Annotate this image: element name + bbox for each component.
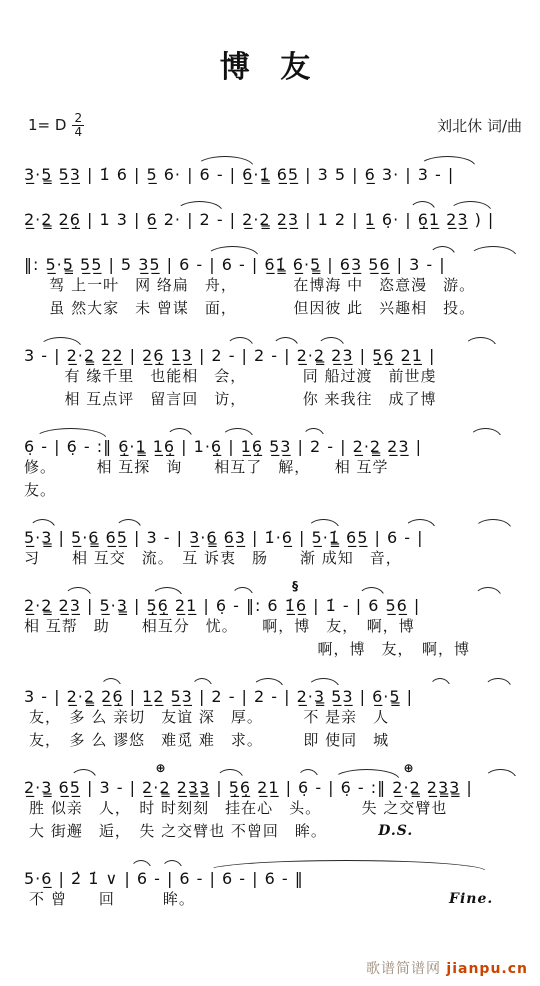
lyric-row: 友。 bbox=[24, 479, 530, 502]
segno-mark: § bbox=[292, 579, 298, 593]
score-line-8: 3 - | 2̲·2̳ 2̲6̣̲ | 1̲2̲ 5̲3̲ | 2 - | 2 … bbox=[24, 674, 530, 752]
notes-text: 6̣ - | 6̣ - :‖ 6̣̲·1̳ 1̲6̣̲ | 1·6̣̲ | 1̲… bbox=[24, 437, 422, 456]
notes-row: 6̣ - | 6̣ - :‖ 6̣̲·1̳ 1̲6̣̲ | 1·6̣̲ | 1̲… bbox=[24, 424, 530, 456]
score-line-5: 6̣ - | 6̣ - :‖ 6̣̲·1̳ 1̲6̣̲ | 1·6̣̲ | 1̲… bbox=[24, 424, 530, 502]
lyric-row: 大 街邂 逅， 失 之交臂也 不曾回 眸。D.S. bbox=[24, 820, 530, 843]
notes-row: 5·6̲ | 2̇ 1̇ ∨ | 6 - | 6 - | 6 - | 6 - ‖ bbox=[24, 856, 530, 888]
key-signature: 1= D 2 4 bbox=[28, 112, 84, 138]
lyric-row: 有 缘千里 也能相 会， 同 船过渡 前世虔 bbox=[24, 365, 530, 388]
score-line-2: 2̲·2̳ 2̲6̣̲ | 1 3 | 6̲ 2· | 2 - | 2̲·2̳ … bbox=[24, 197, 530, 229]
lyric-row: 不 曾 回 眸。Fine. bbox=[24, 888, 530, 911]
coda-mark: ⊕ bbox=[404, 761, 414, 775]
notes-row: 2̲·2̳ 2̲6̣̲ | 1 3 | 6̲ 2· | 2 - | 2̲·2̳ … bbox=[24, 197, 530, 229]
slur-arc bbox=[469, 428, 501, 439]
score-line-7: 2̲·2̳ 2̲3̲ | 5̲·3̳ | 5̣̲6̣̲ 2̲1̲ | 6̣ - … bbox=[24, 583, 530, 661]
lyric-row: 友， 多 么 谬悠 难觅 难 求。 即 使同 城 bbox=[24, 729, 530, 752]
watermark-site-name: 歌谱简谱网 bbox=[366, 961, 441, 977]
slur-arc bbox=[474, 587, 501, 598]
lyric-row: 虽 然大家 未 曾谋 面， 但因彼 此 兴趣相 投。 bbox=[24, 297, 530, 320]
slur-arc bbox=[429, 678, 451, 689]
notes-text: 2̲·2̳ 2̲6̣̲ | 1 3 | 6̲ 2· | 2 - | 2̲·2̳ … bbox=[24, 210, 494, 229]
notes-text: ‖: 5̲·5̳ 5̲5̲ | 5 3̲5̲ | 6 - | 6 - | 6̲1… bbox=[24, 255, 446, 274]
time-denominator: 4 bbox=[74, 126, 82, 139]
slur-arc bbox=[484, 769, 516, 780]
notes-text: 2̲·3̳ 6̲5̲ | 3 - | 2̲·2̳ 2̲3̳3̳ | 5̣̲6̣̲… bbox=[24, 778, 473, 797]
time-numerator: 2 bbox=[72, 112, 84, 126]
lyric-row: 相 互帮 助 相互分 忧。 啊，博 友， 啊，博 bbox=[24, 615, 530, 638]
lyric-row: 驾 上一叶 网 络扁 舟， 在博海 中 恣意漫 游。 bbox=[24, 274, 530, 297]
notes-row: 3̲·5̳ 5̲3̲ | 1̇ 6 | 5̲ 6· | 6 - | 6̲·1̳̇… bbox=[24, 152, 530, 184]
time-signature: 2 4 bbox=[72, 112, 84, 138]
lyric-row: 相 互点评 留言回 访， 你 来我往 成了博 bbox=[24, 388, 530, 411]
notes-row: 5̲·3̳ | 5̲·6̳ 6̲5̲ | 3 - | 3̲·6̳ 6̲3̲ | … bbox=[24, 515, 530, 547]
notes-text: 3̲·5̳ 5̲3̲ | 1̇ 6 | 5̲ 6· | 6 - | 6̲·1̳̇… bbox=[24, 165, 454, 184]
notes-text: 3 - | 2̲·2̳ 2̲6̣̲ | 1̲2̲ 5̲3̲ | 2 - | 2 … bbox=[24, 687, 413, 706]
score-line-6: 5̲·3̳ | 5̲·6̳ 6̲5̲ | 3 - | 3̲·6̳ 6̲3̲ | … bbox=[24, 515, 530, 570]
score-line-3: ‖: 5̲·5̳ 5̲5̲ | 5 3̲5̲ | 6 - | 6 - | 6̲1… bbox=[24, 242, 530, 320]
score-line-4: 3 - | 2̲·2̳ 2̲2̲ | 2̲6̣̲ 1̲3̲ | 2 - | 2 … bbox=[24, 333, 530, 411]
notes-row: 2̲·3̳ 6̲5̲ | 3 - | 2̲·2̳ 2̲3̳3̳ | 5̣̲6̣̲… bbox=[24, 765, 530, 797]
score-line-9: 2̲·3̳ 6̲5̲ | 3 - | 2̲·2̳ 2̲3̳3̳ | 5̣̲6̣̲… bbox=[24, 765, 530, 843]
notes-row: 3 - | 2̲·2̳ 2̲6̣̲ | 1̲2̲ 5̲3̲ | 2 - | 2 … bbox=[24, 674, 530, 706]
score: 3̲·5̳ 5̲3̲ | 1̇ 6 | 5̲ 6· | 6 - | 6̲·1̳̇… bbox=[0, 142, 540, 911]
slur-arc bbox=[474, 519, 511, 530]
coda-mark: ⊕ bbox=[156, 761, 166, 775]
slur-arc bbox=[464, 337, 496, 348]
lyric-row: 啊，博 友， 啊，博 bbox=[24, 638, 530, 661]
notes-text: 2̲·2̳ 2̲3̲ | 5̲·3̳ | 5̣̲6̣̲ 2̲1̲ | 6̣ - … bbox=[24, 596, 420, 615]
lyric-row: 友， 多 么 亲切 友谊 深 厚。 不 是亲 人 bbox=[24, 706, 530, 729]
notes-text: 5̲·3̳ | 5̲·6̳ 6̲5̲ | 3 - | 3̲·6̳ 6̲3̲ | … bbox=[24, 528, 424, 547]
watermark-site-link[interactable]: jianpu.cn bbox=[446, 961, 528, 977]
lyric-row: 修。 相 互探 询 相互了 解， 相 互学 bbox=[24, 456, 530, 479]
notes-text: 5·6̲ | 2̇ 1̇ ∨ | 6 - | 6 - | 6 - | 6 - ‖ bbox=[24, 869, 304, 888]
fine-mark: Fine. bbox=[449, 888, 493, 911]
slur-arc bbox=[484, 678, 511, 689]
page-title: 博 友 bbox=[0, 42, 540, 86]
composer-credit: 刘北休 词/曲 bbox=[437, 115, 522, 136]
lyric-row: 习 相 互交 流。 互 诉衷 肠 渐 成知 音， bbox=[24, 547, 530, 570]
slur-arc bbox=[469, 246, 517, 257]
score-line-1: 3̲·5̳ 5̲3̲ | 1̇ 6 | 5̲ 6· | 6 - | 6̲·1̳̇… bbox=[24, 152, 530, 184]
score-line-10: 5·6̲ | 2̇ 1̇ ∨ | 6 - | 6 - | 6 - | 6 - ‖… bbox=[24, 856, 530, 911]
notes-row: ‖: 5̲·5̳ 5̲5̲ | 5 3̲5̲ | 6 - | 6 - | 6̲1… bbox=[24, 242, 530, 274]
ds-mark: D.S. bbox=[378, 820, 413, 843]
key-label: 1= D bbox=[28, 116, 66, 134]
meta-row: 1= D 2 4 刘北休 词/曲 bbox=[0, 112, 540, 138]
notes-text: 3 - | 2̲·2̳ 2̲2̲ | 2̲6̣̲ 1̲3̲ | 2 - | 2 … bbox=[24, 346, 435, 365]
notes-row: 3 - | 2̲·2̳ 2̲2̲ | 2̲6̣̲ 1̲3̲ | 2 - | 2 … bbox=[24, 333, 530, 365]
lyric-row: 胜 似亲 人， 时 时刻刻 挂在心 头。 失 之交臂也 bbox=[24, 797, 530, 820]
notes-row: 2̲·2̳ 2̲3̲ | 5̲·3̳ | 5̣̲6̣̲ 2̲1̲ | 6̣ - … bbox=[24, 583, 530, 615]
watermark: 歌谱简谱网 jianpu.cn bbox=[366, 958, 528, 978]
